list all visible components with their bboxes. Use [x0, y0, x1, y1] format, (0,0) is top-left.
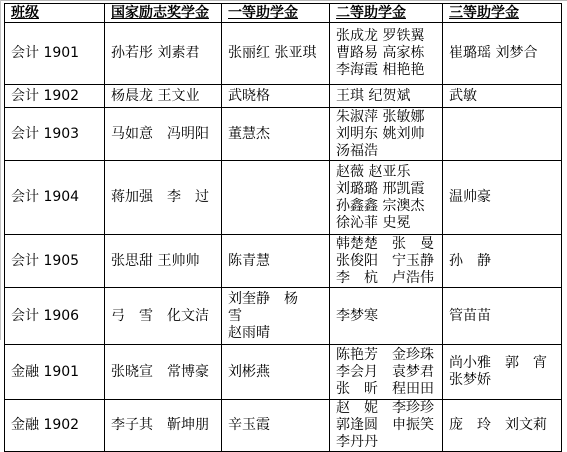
cell-national-scholarship: 马如意 冯明阳 — [105, 108, 222, 161]
cell-first-grant: 刘奎静 杨 雪 赵雨晴 — [222, 288, 330, 345]
cell-first-grant: 辛玉霞 — [222, 400, 330, 449]
column-header-third-grant-label: 三等助学金 — [449, 5, 519, 21]
cell-national-scholarship: 孙若彤 刘素君 — [105, 23, 222, 85]
column-header-second-grant-label: 二等助学金 — [336, 5, 406, 21]
cell-third-grant: 武敏 — [443, 85, 562, 108]
cell-class: 会计 1904 — [5, 161, 105, 235]
table-row: 会计 1903 马如意 冯明阳 董慧杰 朱淑萍 张敏娜 刘明东 姚刘帅 汤福浩 — [5, 108, 562, 161]
cell-class: 会计 1902 — [5, 85, 105, 108]
table-row: 会计 1901 孙若彤 刘素君 张丽红 张亚琪 张成龙 罗铁翼 曹路易 高家栋 … — [5, 23, 562, 85]
cell-first-grant: 陈青慧 — [222, 235, 330, 288]
cell-third-grant — [443, 108, 562, 161]
cell-first-grant: 董慧杰 — [222, 108, 330, 161]
table-row: 会计 1902 杨晨龙 王文业 武晓格 王琪 纪贺斌 武敏 — [5, 85, 562, 108]
column-header-first-grant: 一等助学金 — [222, 4, 330, 23]
column-header-class: 班级 — [5, 4, 105, 23]
cell-first-grant: 张丽红 张亚琪 — [222, 23, 330, 85]
column-header-class-label: 班级 — [11, 5, 39, 21]
scholarship-table: 班级 国家励志奖学金 一等助学金 二等助学金 三等助学金 会计 1901 孙若彤… — [4, 3, 562, 448]
column-header-first-grant-label: 一等助学金 — [228, 5, 298, 21]
cell-third-grant: 庞 玲 刘文莉 — [443, 400, 562, 449]
cell-class: 会计 1901 — [5, 23, 105, 85]
cell-second-grant: 朱淑萍 张敏娜 刘明东 姚刘帅 汤福浩 — [330, 108, 443, 161]
cell-third-grant: 孙 静 — [443, 235, 562, 288]
cell-second-grant: 李梦寒 — [330, 288, 443, 345]
cell-first-grant — [222, 161, 330, 235]
cell-class: 会计 1906 — [5, 288, 105, 345]
table-row: 金融 1902 李子其 靳坤朋 辛玉霞 赵 妮 李珍珍 郭逢圆 申振笑 李丹丹 … — [5, 400, 562, 449]
cell-national-scholarship: 张晓宣 常博豪 — [105, 345, 222, 400]
cell-national-scholarship: 杨晨龙 王文业 — [105, 85, 222, 108]
cell-first-grant: 武晓格 — [222, 85, 330, 108]
cell-second-grant: 赵 妮 李珍珍 郭逢圆 申振笑 李丹丹 — [330, 400, 443, 449]
screenshot-edge-line-left — [0, 0, 1, 340]
header-row: 班级 国家励志奖学金 一等助学金 二等助学金 三等助学金 — [5, 4, 562, 23]
screenshot-edge-line-top — [0, 0, 567, 1]
cell-class: 会计 1903 — [5, 108, 105, 161]
cell-third-grant: 管苗苗 — [443, 288, 562, 345]
cell-second-grant: 赵薇 赵亚乐 刘璐璐 邢凯霞 孙鑫鑫 宗澳杰 徐沁菲 史冕 — [330, 161, 443, 235]
column-header-second-grant: 二等助学金 — [330, 4, 443, 23]
cell-third-grant: 崔璐瑶 刘梦合 — [443, 23, 562, 85]
cell-second-grant: 陈艳芳 金珍珠 李会月 袁梦君 张 昕 程田田 — [330, 345, 443, 400]
table-row: 会计 1904 蒋加强 李 过 赵薇 赵亚乐 刘璐璐 邢凯霞 孙鑫鑫 宗澳杰 徐… — [5, 161, 562, 235]
table-row: 金融 1901 张晓宣 常博豪 刘彬燕 陈艳芳 金珍珠 李会月 袁梦君 张 昕 … — [5, 345, 562, 400]
table-row: 会计 1906 弓 雪 化文洁 刘奎静 杨 雪 赵雨晴 李梦寒 管苗苗 — [5, 288, 562, 345]
cell-second-grant: 王琪 纪贺斌 — [330, 85, 443, 108]
column-header-third-grant: 三等助学金 — [443, 4, 562, 23]
table-row: 会计 1905 张思甜 王帅帅 陈青慧 韩楚楚 张 曼 张俊阳 宁玉静 李 杭 … — [5, 235, 562, 288]
column-header-national-scholarship: 国家励志奖学金 — [105, 4, 222, 23]
column-header-national-scholarship-label: 国家励志奖学金 — [111, 5, 209, 21]
cell-third-grant: 尚小雅 郭 宵 张梦娇 — [443, 345, 562, 400]
cell-class: 金融 1902 — [5, 400, 105, 449]
cell-national-scholarship: 张思甜 王帅帅 — [105, 235, 222, 288]
cell-class: 金融 1901 — [5, 345, 105, 400]
cell-class: 会计 1905 — [5, 235, 105, 288]
cell-national-scholarship: 李子其 靳坤朋 — [105, 400, 222, 449]
cell-second-grant: 韩楚楚 张 曼 张俊阳 宁玉静 李 杭 卢浩伟 — [330, 235, 443, 288]
cell-first-grant: 刘彬燕 — [222, 345, 330, 400]
cell-national-scholarship: 蒋加强 李 过 — [105, 161, 222, 235]
cell-second-grant: 张成龙 罗铁翼 曹路易 高家栋 李海霞 相艳艳 — [330, 23, 443, 85]
cell-third-grant: 温帅豪 — [443, 161, 562, 235]
cell-national-scholarship: 弓 雪 化文洁 — [105, 288, 222, 345]
